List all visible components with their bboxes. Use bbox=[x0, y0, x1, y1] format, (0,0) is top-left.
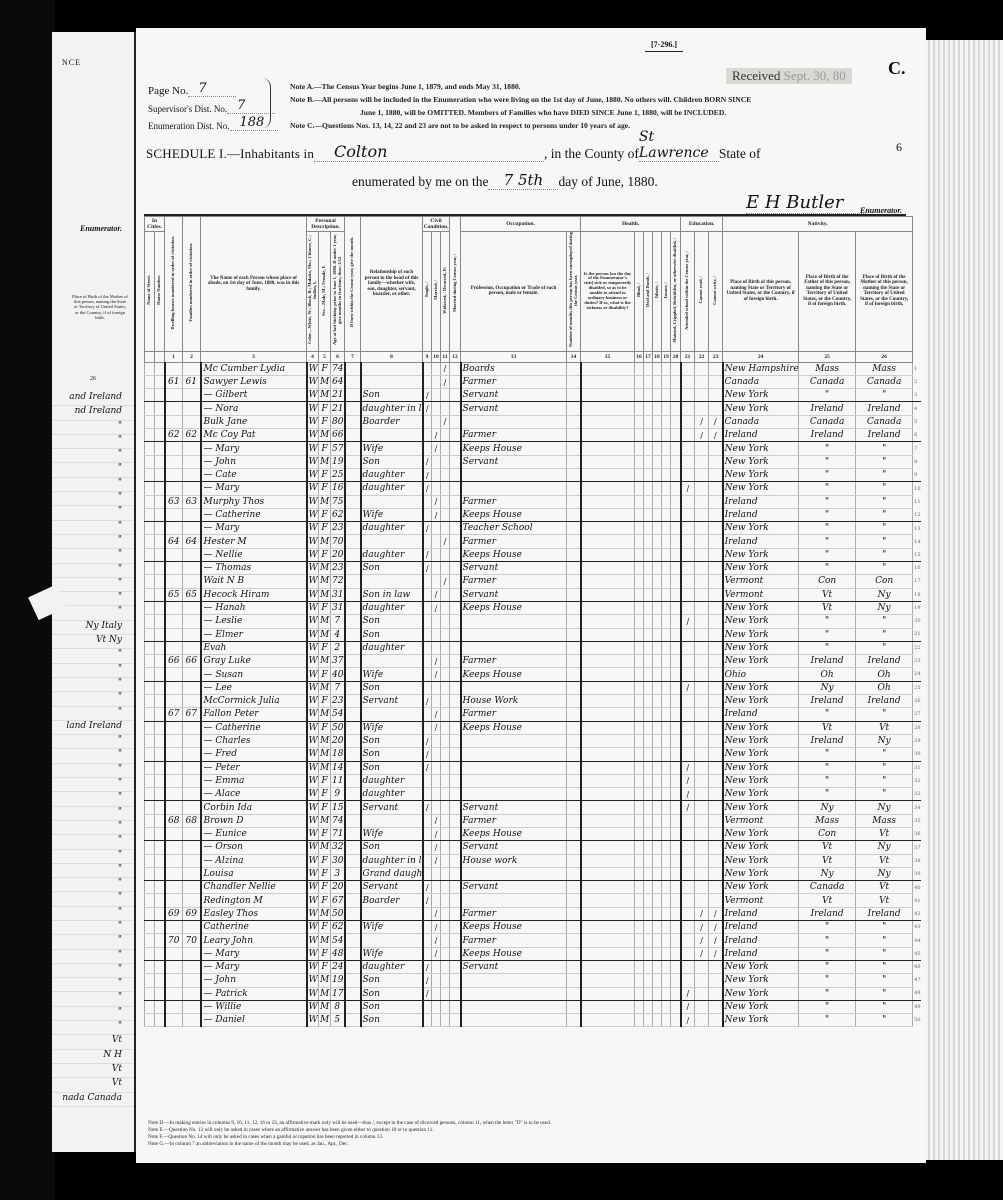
father-birthplace-cell: " bbox=[799, 1014, 856, 1027]
birth-month-cell bbox=[345, 508, 361, 521]
color-cell: W bbox=[307, 867, 319, 880]
married-census-year-mark bbox=[450, 455, 461, 468]
birth-month-cell bbox=[345, 681, 361, 694]
married-mark: / bbox=[432, 708, 441, 721]
line-number: 47 bbox=[913, 974, 921, 987]
insane-mark bbox=[662, 588, 671, 601]
birthplace-cell: New York bbox=[723, 974, 799, 987]
sex-cell: M bbox=[319, 748, 331, 761]
father-birthplace-cell: " bbox=[799, 641, 856, 654]
birthplace-cell: Ireland bbox=[723, 508, 799, 521]
line-number: 48 bbox=[913, 987, 921, 1000]
relationship-cell: daughter bbox=[361, 774, 423, 787]
dwelling-number bbox=[165, 974, 183, 987]
line-number: 28 bbox=[913, 721, 921, 734]
instruction-notes: Note A.—The Census Year begins June 1, 1… bbox=[290, 80, 850, 132]
unemployed-months-cell bbox=[567, 482, 581, 495]
age-cell: 32 bbox=[331, 841, 345, 854]
idiotic-mark bbox=[653, 788, 662, 801]
widowed-mark: / bbox=[441, 362, 450, 375]
col-header-19: Insane, / bbox=[662, 232, 671, 352]
blank-cell bbox=[145, 987, 155, 1000]
sex-cell: F bbox=[319, 548, 331, 561]
sickness-cell bbox=[581, 934, 635, 947]
table-row: 6262Mc Coy PatWM66/Farmer//IrelandIrelan… bbox=[145, 429, 921, 442]
deaf-mark bbox=[644, 894, 653, 907]
age-cell: 2 bbox=[331, 641, 345, 654]
blind-mark bbox=[635, 628, 644, 641]
mother-birthplace-cell: " bbox=[856, 921, 913, 934]
single-mark bbox=[423, 827, 432, 840]
facing-page-row: " bbox=[52, 707, 134, 721]
birth-month-cell bbox=[345, 628, 361, 641]
widowed-mark: / bbox=[441, 575, 450, 588]
dwelling-number bbox=[165, 695, 183, 708]
idiotic-mark bbox=[653, 495, 662, 508]
blind-mark bbox=[635, 921, 644, 934]
occupation-cell bbox=[461, 415, 567, 428]
blank-cell bbox=[155, 721, 165, 734]
birthplace-cell: New York bbox=[723, 601, 799, 614]
sex-cell: F bbox=[319, 854, 331, 867]
sickness-cell bbox=[581, 562, 635, 575]
relationship-cell: Son bbox=[361, 987, 423, 1000]
unemployed-months-cell bbox=[567, 641, 581, 654]
family-number bbox=[183, 761, 201, 774]
table-row: — MaryWF57Wife/Keeps HouseNew York""7 bbox=[145, 442, 921, 455]
birth-month-cell bbox=[345, 960, 361, 973]
birthplace-cell: New York bbox=[723, 628, 799, 641]
occupation-cell: House Work bbox=[461, 695, 567, 708]
town-field: Colton bbox=[314, 142, 544, 162]
cannot-read-mark bbox=[695, 628, 709, 641]
blank-cell bbox=[145, 548, 155, 561]
facing-page-header-fragment: NCE bbox=[62, 58, 81, 67]
married-mark: / bbox=[432, 495, 441, 508]
relationship-cell: daughter bbox=[361, 548, 423, 561]
disabled-mark bbox=[671, 375, 681, 388]
dwelling-number: 62 bbox=[165, 429, 183, 442]
dwelling-number bbox=[165, 389, 183, 402]
cannot-read-mark bbox=[695, 841, 709, 854]
cannot-write-mark: / bbox=[709, 429, 723, 442]
relationship-cell bbox=[361, 495, 423, 508]
school-mark: / bbox=[681, 761, 695, 774]
widowed-mark bbox=[441, 827, 450, 840]
sickness-cell bbox=[581, 827, 635, 840]
blank-cell bbox=[145, 801, 155, 814]
father-birthplace-cell: " bbox=[799, 748, 856, 761]
mother-birthplace-cell: Ireland bbox=[856, 655, 913, 668]
school-mark: / bbox=[681, 1014, 695, 1027]
unemployed-months-cell bbox=[567, 761, 581, 774]
occupation-cell: Servant bbox=[461, 588, 567, 601]
unemployed-months-cell bbox=[567, 548, 581, 561]
school-mark bbox=[681, 362, 695, 375]
disabled-mark bbox=[671, 960, 681, 973]
school-mark: / bbox=[681, 1000, 695, 1013]
family-number bbox=[183, 508, 201, 521]
blank-cell bbox=[145, 508, 155, 521]
sex-cell: F bbox=[319, 668, 331, 681]
family-number bbox=[183, 575, 201, 588]
insane-mark bbox=[662, 415, 671, 428]
family-number bbox=[183, 827, 201, 840]
age-cell: 40 bbox=[331, 668, 345, 681]
idiotic-mark bbox=[653, 362, 662, 375]
color-cell: W bbox=[307, 508, 319, 521]
line-number: 14 bbox=[913, 535, 921, 548]
birthplace-cell: New York bbox=[723, 482, 799, 495]
facing-page-row: " bbox=[52, 892, 134, 906]
cannot-write-mark bbox=[709, 548, 723, 561]
cannot-read-mark bbox=[695, 987, 709, 1000]
person-name: — Thomas bbox=[201, 562, 307, 575]
single-mark bbox=[423, 442, 432, 455]
sickness-cell bbox=[581, 402, 635, 415]
relationship-cell: Son bbox=[361, 748, 423, 761]
table-row: — JohnWM19Son/New York""47 bbox=[145, 974, 921, 987]
mother-birthplace-cell: Vt bbox=[856, 881, 913, 894]
married-mark bbox=[432, 734, 441, 747]
idiotic-mark bbox=[653, 455, 662, 468]
cannot-read-mark: / bbox=[695, 429, 709, 442]
note-c: Note C.—Questions Nos. 13, 14, 22 and 23… bbox=[290, 119, 850, 132]
blind-mark bbox=[635, 814, 644, 827]
father-birthplace-cell: " bbox=[799, 708, 856, 721]
dwelling-number bbox=[165, 881, 183, 894]
idiotic-mark bbox=[653, 881, 662, 894]
line-number: 36 bbox=[913, 827, 921, 840]
school-mark bbox=[681, 960, 695, 973]
facing-page-row: and Ireland bbox=[52, 392, 134, 406]
disabled-mark bbox=[671, 947, 681, 960]
unemployed-months-cell bbox=[567, 628, 581, 641]
color-cell: W bbox=[307, 522, 319, 535]
deaf-mark bbox=[644, 402, 653, 415]
blind-mark bbox=[635, 548, 644, 561]
age-cell: 74 bbox=[331, 362, 345, 375]
dwelling-number bbox=[165, 548, 183, 561]
sex-cell: M bbox=[319, 628, 331, 641]
married-mark bbox=[432, 788, 441, 801]
unemployed-months-cell bbox=[567, 468, 581, 481]
married-mark: / bbox=[432, 934, 441, 947]
widowed-mark bbox=[441, 628, 450, 641]
widowed-mark bbox=[441, 1014, 450, 1027]
birthplace-cell: New York bbox=[723, 827, 799, 840]
father-birthplace-cell: " bbox=[799, 522, 856, 535]
footer-notes: Note D.—In making entries in columns 9, … bbox=[148, 1120, 908, 1148]
line-number: 37 bbox=[913, 841, 921, 854]
occupation-cell: Keeps House bbox=[461, 548, 567, 561]
column-number: 15 bbox=[581, 351, 635, 362]
single-mark: / bbox=[423, 801, 432, 814]
relationship-cell: daughter bbox=[361, 601, 423, 614]
blank-cell bbox=[155, 522, 165, 535]
facing-page-row: Ny Italy bbox=[52, 621, 134, 635]
line-number: 35 bbox=[913, 814, 921, 827]
blank-cell bbox=[155, 668, 165, 681]
idiotic-mark bbox=[653, 575, 662, 588]
blind-mark bbox=[635, 708, 644, 721]
school-mark bbox=[681, 508, 695, 521]
birth-month-cell bbox=[345, 841, 361, 854]
sickness-cell bbox=[581, 389, 635, 402]
father-birthplace-cell: Ireland bbox=[799, 695, 856, 708]
cannot-write-mark: / bbox=[709, 934, 723, 947]
facing-page-row: " bbox=[52, 807, 134, 821]
birth-month-cell bbox=[345, 389, 361, 402]
disabled-mark bbox=[671, 788, 681, 801]
birthplace-cell: Ireland bbox=[723, 535, 799, 548]
table-row: — EmmaWF11daughter/New York""32 bbox=[145, 774, 921, 787]
single-mark: / bbox=[423, 402, 432, 415]
occupation-cell: Keeps House bbox=[461, 921, 567, 934]
column-number: 11 bbox=[441, 351, 450, 362]
relationship-cell: daughter bbox=[361, 641, 423, 654]
cannot-read-mark bbox=[695, 1000, 709, 1013]
unemployed-months-cell bbox=[567, 655, 581, 668]
mother-birthplace-cell: Ireland bbox=[856, 429, 913, 442]
dwelling-number bbox=[165, 827, 183, 840]
birth-month-cell bbox=[345, 655, 361, 668]
cannot-write-mark bbox=[709, 535, 723, 548]
table-row: — PatrickWM17Son//New York""48 bbox=[145, 987, 921, 1000]
widowed-mark bbox=[441, 708, 450, 721]
father-birthplace-cell: Con bbox=[799, 827, 856, 840]
column-number: 12 bbox=[450, 351, 461, 362]
sickness-cell bbox=[581, 734, 635, 747]
deaf-mark bbox=[644, 1000, 653, 1013]
person-name: Louisa bbox=[201, 867, 307, 880]
person-name: Mc Cumber Lydia bbox=[201, 362, 307, 375]
deaf-mark bbox=[644, 362, 653, 375]
relationship-cell: Boarder bbox=[361, 894, 423, 907]
sex-cell: M bbox=[319, 455, 331, 468]
married-mark: / bbox=[432, 947, 441, 960]
idiotic-mark bbox=[653, 721, 662, 734]
blank-cell bbox=[155, 814, 165, 827]
birthplace-cell: New York bbox=[723, 548, 799, 561]
deaf-mark bbox=[644, 801, 653, 814]
disabled-mark bbox=[671, 1000, 681, 1013]
blind-mark bbox=[635, 508, 644, 521]
mother-birthplace-cell: " bbox=[856, 628, 913, 641]
single-mark: / bbox=[423, 987, 432, 1000]
sickness-cell bbox=[581, 415, 635, 428]
color-cell: W bbox=[307, 1014, 319, 1027]
single-mark bbox=[423, 495, 432, 508]
married-census-year-mark bbox=[450, 601, 461, 614]
dwelling-number: 67 bbox=[165, 708, 183, 721]
table-row: — LeeWM7Son/New YorkNyOh25 bbox=[145, 681, 921, 694]
person-name: Leary John bbox=[201, 934, 307, 947]
school-mark bbox=[681, 947, 695, 960]
line-number: 4 bbox=[913, 402, 921, 415]
cannot-read-mark bbox=[695, 482, 709, 495]
blind-mark bbox=[635, 774, 644, 787]
insane-mark bbox=[662, 468, 671, 481]
blank-cell bbox=[155, 974, 165, 987]
sickness-cell bbox=[581, 681, 635, 694]
school-mark bbox=[681, 814, 695, 827]
blind-mark bbox=[635, 907, 644, 920]
sex-cell: M bbox=[319, 495, 331, 508]
father-birthplace-cell: " bbox=[799, 921, 856, 934]
blank-cell bbox=[145, 867, 155, 880]
cannot-write-mark bbox=[709, 442, 723, 455]
deaf-mark bbox=[644, 601, 653, 614]
blank-cell bbox=[145, 761, 155, 774]
married-census-year-mark bbox=[450, 562, 461, 575]
married-census-year-mark bbox=[450, 987, 461, 1000]
sickness-cell bbox=[581, 522, 635, 535]
table-row: — MaryWF23daughter/Teacher SchoolNew Yor… bbox=[145, 522, 921, 535]
father-birthplace-cell: Vt bbox=[799, 894, 856, 907]
color-cell: W bbox=[307, 495, 319, 508]
line-number: 3 bbox=[913, 389, 921, 402]
color-cell: W bbox=[307, 748, 319, 761]
school-mark bbox=[681, 468, 695, 481]
mother-birthplace-cell: " bbox=[856, 468, 913, 481]
occupation-cell: Farmer bbox=[461, 375, 567, 388]
age-cell: 19 bbox=[331, 974, 345, 987]
facing-page-row: nd Ireland bbox=[52, 406, 134, 420]
table-row: — JohnWM19Son/ServantNew York""8 bbox=[145, 455, 921, 468]
dwelling-number bbox=[165, 854, 183, 867]
occupation-cell: Farmer bbox=[461, 814, 567, 827]
idiotic-mark bbox=[653, 801, 662, 814]
sex-cell: M bbox=[319, 708, 331, 721]
family-number bbox=[183, 562, 201, 575]
married-mark bbox=[432, 402, 441, 415]
sickness-cell bbox=[581, 641, 635, 654]
unemployed-months-cell bbox=[567, 801, 581, 814]
family-number bbox=[183, 681, 201, 694]
widowed-mark bbox=[441, 508, 450, 521]
mother-birthplace-cell: " bbox=[856, 548, 913, 561]
color-cell: W bbox=[307, 788, 319, 801]
brace-divider bbox=[262, 78, 271, 128]
blind-mark bbox=[635, 468, 644, 481]
cannot-write-mark bbox=[709, 628, 723, 641]
insane-mark bbox=[662, 974, 671, 987]
cannot-read-mark bbox=[695, 641, 709, 654]
single-mark: / bbox=[423, 548, 432, 561]
unemployed-months-cell bbox=[567, 389, 581, 402]
father-birthplace-cell: Ny bbox=[799, 801, 856, 814]
person-name: — Catherine bbox=[201, 721, 307, 734]
idiotic-mark bbox=[653, 1000, 662, 1013]
sex-cell: F bbox=[319, 788, 331, 801]
married-mark bbox=[432, 628, 441, 641]
census-page: [7-296.] Received Sept. 30, 80 C. Page N… bbox=[136, 28, 926, 1163]
mother-birthplace-cell: " bbox=[856, 641, 913, 654]
birth-month-cell bbox=[345, 734, 361, 747]
blank-cell bbox=[145, 601, 155, 614]
blank-cell bbox=[145, 934, 155, 947]
sex-cell: F bbox=[319, 894, 331, 907]
birth-month-cell bbox=[345, 668, 361, 681]
color-cell: W bbox=[307, 455, 319, 468]
blank-cell bbox=[155, 681, 165, 694]
school-mark bbox=[681, 562, 695, 575]
note-f: Note F.—Question No. 14 will only be ask… bbox=[148, 1134, 908, 1141]
sex-cell: M bbox=[319, 575, 331, 588]
married-census-year-mark bbox=[450, 681, 461, 694]
blank-cell bbox=[155, 495, 165, 508]
line-number: 1 bbox=[913, 362, 921, 375]
cannot-write-mark bbox=[709, 508, 723, 521]
person-name: — Catherine bbox=[201, 508, 307, 521]
school-mark bbox=[681, 867, 695, 880]
insane-mark bbox=[662, 641, 671, 654]
disabled-mark bbox=[671, 468, 681, 481]
blank-cell bbox=[155, 482, 165, 495]
table-row: — SusanWF40Wife/Keeps HouseOhioOhOh24 bbox=[145, 668, 921, 681]
married-census-year-mark bbox=[450, 429, 461, 442]
cannot-read-mark bbox=[695, 522, 709, 535]
line-number: 42 bbox=[913, 907, 921, 920]
cannot-write-mark bbox=[709, 854, 723, 867]
blind-mark bbox=[635, 1000, 644, 1013]
column-number: 13 bbox=[461, 351, 567, 362]
relationship-cell bbox=[361, 535, 423, 548]
blind-mark bbox=[635, 655, 644, 668]
facing-page-row: " bbox=[52, 664, 134, 678]
married-mark bbox=[432, 522, 441, 535]
single-mark bbox=[423, 854, 432, 867]
blank-cell bbox=[145, 1014, 155, 1027]
age-cell: 62 bbox=[331, 921, 345, 934]
unemployed-months-cell bbox=[567, 588, 581, 601]
father-birthplace-cell: Ireland bbox=[799, 907, 856, 920]
single-mark: / bbox=[423, 455, 432, 468]
father-birthplace-cell: Vt bbox=[799, 721, 856, 734]
blank-cell bbox=[145, 854, 155, 867]
occupation-cell bbox=[461, 641, 567, 654]
deaf-mark bbox=[644, 974, 653, 987]
married-census-year-mark bbox=[450, 907, 461, 920]
cannot-read-mark bbox=[695, 734, 709, 747]
relationship-cell: Son bbox=[361, 389, 423, 402]
blank-cell bbox=[145, 375, 155, 388]
color-cell: W bbox=[307, 814, 319, 827]
age-cell: 74 bbox=[331, 814, 345, 827]
birthplace-cell: New York bbox=[723, 655, 799, 668]
unemployed-months-cell bbox=[567, 402, 581, 415]
cannot-read-mark bbox=[695, 495, 709, 508]
blank-cell bbox=[155, 788, 165, 801]
idiotic-mark bbox=[653, 934, 662, 947]
family-number: 63 bbox=[183, 495, 201, 508]
cannot-write-mark bbox=[709, 827, 723, 840]
group-in-cities: In Cities. bbox=[145, 217, 165, 232]
table-row: — CateWF25daughter/New York""9 bbox=[145, 468, 921, 481]
sickness-cell bbox=[581, 495, 635, 508]
person-name: — Nellie bbox=[201, 548, 307, 561]
insane-mark bbox=[662, 867, 671, 880]
disabled-mark bbox=[671, 841, 681, 854]
mother-birthplace-cell: Ny bbox=[856, 588, 913, 601]
facing-page-row: " bbox=[52, 1007, 134, 1021]
line-number: 2 bbox=[913, 375, 921, 388]
cannot-read-mark bbox=[695, 801, 709, 814]
sex-cell: F bbox=[319, 522, 331, 535]
married-census-year-mark bbox=[450, 482, 461, 495]
father-birthplace-cell: Vt bbox=[799, 841, 856, 854]
